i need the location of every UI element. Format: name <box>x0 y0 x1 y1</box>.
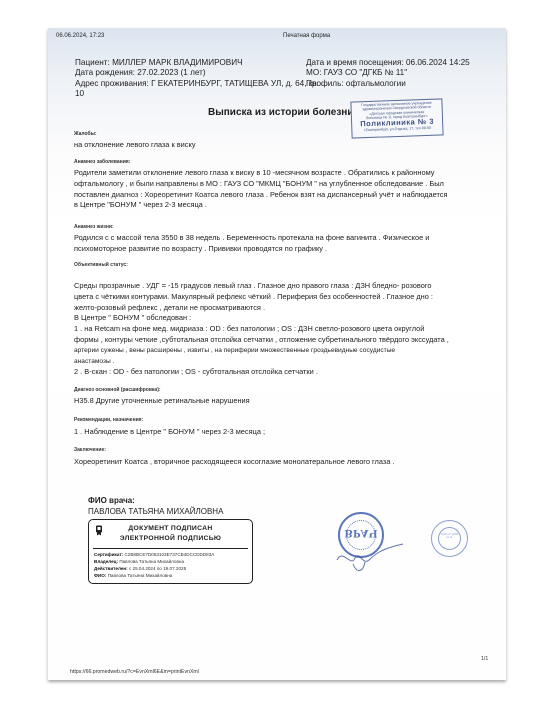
anamnesis-life-label: Анамнез жизни: <box>74 224 114 230</box>
anamnesis-disease-label: Анамнез заболевания: <box>74 159 130 165</box>
esign-fio: ФИО: Павлова Татьяна Михайловна <box>94 573 172 578</box>
stamp-inner-ring: ГАУЗ СО ДГКБ № 11 <box>438 527 461 550</box>
esign-validity: Действителен: с 25.04.2024 по 19.07.2025 <box>94 566 186 571</box>
recommendations-text: 1 . Наблюдение в Центре " БОНУМ " через … <box>74 427 265 438</box>
clinic-rectangular-stamp: Государственное автономное учреждение зд… <box>350 98 443 138</box>
complaints-label: Жалобы: <box>74 131 97 137</box>
text-line: поставлен диагноз : Хореоретинит Коатса … <box>74 190 447 201</box>
diagnosis-text: H35.8 Другие уточненные ретинальные нару… <box>74 396 250 407</box>
stamp-word: ВРАЧ <box>340 527 382 538</box>
esign-title-line1: ДОКУМЕНТ ПОДПИСАН <box>89 525 252 532</box>
esign-title-line2: ЭЛЕКТРОННОЙ ПОДПИСЬЮ <box>89 535 252 542</box>
text-line: H35.8 Другие уточненные ретинальные нару… <box>74 396 250 407</box>
text-line: на отклонение левого глаза к виску <box>74 140 196 151</box>
handwritten-signature-icon <box>333 538 413 578</box>
owner-label: Владелец: <box>94 559 118 564</box>
doctor-label: ФИО врача: <box>88 496 135 505</box>
patient-dob: Дата рождения: 27.02.2023 (1 лет) <box>75 68 335 78</box>
doctor-name: ПАВЛОВА ТАТЬЯНА МИХАЙЛОВНА <box>88 507 223 516</box>
esign-certificate: Сертификат: C2B8BCE7D063103E737CB4DCCDDD… <box>94 552 214 557</box>
visit-info: Дата и время посещения: 06.06.2024 14:25… <box>306 58 470 89</box>
conclusion-label: Заключение: <box>74 447 106 453</box>
medical-organization: МО: ГАУЗ СО "ДГКБ № 11" <box>306 68 470 78</box>
text-line: психомоторное развитие по возрасту . При… <box>74 244 429 255</box>
patient-info: Пациент: МИЛЛЕР МАРК ВЛАДИМИРОВИЧ Дата р… <box>75 58 335 100</box>
conclusion-text: Хореоретинит Коатса , вторичное расходящ… <box>74 457 395 468</box>
electronic-signature-box: ДОКУМЕНТ ПОДПИСАН ЭЛЕКТРОННОЙ ПОДПИСЬЮ С… <box>88 519 253 584</box>
visit-profile: Профиль: офтальмологии <box>306 79 470 89</box>
esign-owner: Владелец: Павлова Татьяна Михайловна <box>94 559 184 564</box>
print-form-title: Печатная форма <box>283 33 330 39</box>
fio-value: Павлова Татьяна Михайловна <box>108 573 173 578</box>
text-line: 1 . на Retcam на фоне мед. мидриаза : OD… <box>74 324 449 335</box>
text-line: анастамозы . <box>74 357 449 368</box>
text-line: Родился с с массой тела 3550 в 38 недель… <box>74 233 429 244</box>
certificate-value: C2B8BCE7D063103E737CB4DCCDDD83A <box>124 552 214 557</box>
text-line: формы , контуры четкие ,субтотальная отс… <box>74 335 449 346</box>
text-line: Хореоретинит Коатса , вторичное расходящ… <box>74 457 395 468</box>
page-number: 1/1 <box>481 656 488 662</box>
text-line: цвета с чёткими контурами. Макулярный ре… <box>74 292 449 303</box>
patient-name: Пациент: МИЛЛЕР МАРК ВЛАДИМИРОВИЧ <box>75 58 335 68</box>
institution-round-stamp: ГАУЗ СО ДГКБ № 11 <box>431 520 468 557</box>
esign-divider <box>93 548 248 549</box>
diagnosis-label: Диагноз основной (расшифровка): <box>74 387 161 393</box>
print-datetime: 06.06.2024, 17:23 <box>56 33 104 39</box>
footer-url: https://66.promedweb.ru/?c=EvnXml6E&m=pr… <box>70 669 199 675</box>
validity-value: с 25.04.2024 по 19.07.2025 <box>129 566 186 571</box>
text-line: офтальмологу , и были направлены в МО : … <box>74 179 447 190</box>
text-line: в Центре "БОНУМ " через 2-3 месяца . <box>74 200 447 211</box>
text-line: 2 . В-скан : OD - без патологии ; OS - с… <box>74 367 449 378</box>
text-line: В Центре " БОНУМ " обследован : <box>74 313 449 324</box>
text-line: 1 . Наблюдение в Центре " БОНУМ " через … <box>74 427 265 438</box>
fio-label: ФИО: <box>94 573 106 578</box>
text-line: артерии сужены , вены расширены , извиты… <box>74 346 449 357</box>
anamnesis-life-text: Родился с с массой тела 3550 в 38 недель… <box>74 233 429 255</box>
certificate-label: Сертификат: <box>94 552 123 557</box>
text-line: Среды прозрачные . УДГ = -15 градусов ле… <box>74 281 449 292</box>
anamnesis-disease-text: Родители заметили отклонение левого глаз… <box>74 168 447 211</box>
owner-value: Павлова Татьяна Михайловна <box>119 559 184 564</box>
complaints-text: на отклонение левого глаза к виску <box>74 140 196 151</box>
text-line: Родители заметили отклонение левого глаз… <box>74 168 447 179</box>
visit-datetime: Дата и время посещения: 06.06.2024 14:25 <box>306 58 470 68</box>
validity-label: Действителен: <box>94 566 128 571</box>
objective-status-text: Среды прозрачные . УДГ = -15 градусов ле… <box>74 281 449 378</box>
objective-status-label: Объективный статус: <box>74 262 128 268</box>
recommendations-label: Рекомендации, назначения: <box>74 417 143 423</box>
patient-address: Адрес проживания: Г ЕКАТЕРИНБУРГ, ТАТИЩЕ… <box>75 79 335 89</box>
document-title: Выписка из истории болезни . <box>208 107 359 118</box>
patient-address-cont: 10 <box>75 89 335 99</box>
text-line: желто-розовый рефлекс , детали не просма… <box>74 303 449 314</box>
printed-document-page: 06.06.2024, 17:23 Печатная форма Пациент… <box>48 28 506 680</box>
